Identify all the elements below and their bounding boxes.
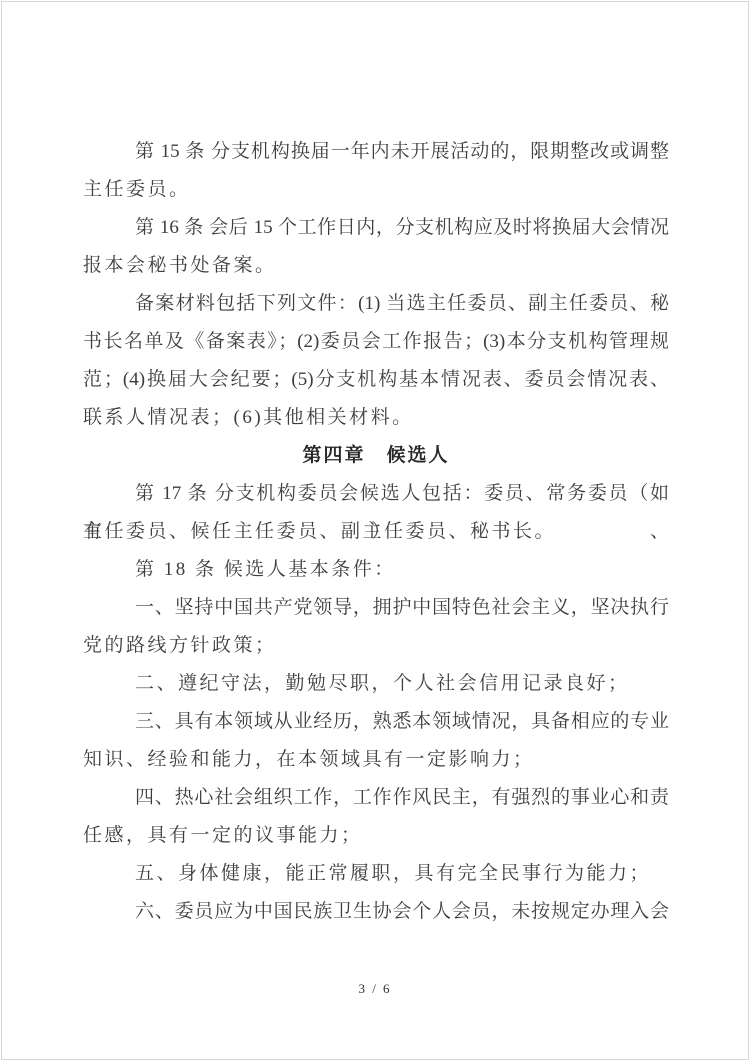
page-number: 3 / 6	[2, 981, 748, 997]
paragraph-line-article-18: 第 18 条 候选人基本条件：	[83, 551, 669, 589]
paragraph-line-filing-materials: 备案材料包括下列文件：(1) 当选主任委员、副主任委员、秘	[83, 285, 669, 323]
document-page: 第 15 条 分支机构换届一年内未开展活动的，限期整改或调整 主任委员。 第 1…	[1, 1, 749, 1060]
list-item-2-line: 二、遵纪守法，勤勉尽职，个人社会信用记录良好；	[83, 665, 669, 703]
list-item-6-line: 六、委员应为中国民族卫生协会个人会员，未按规定办理入会	[83, 893, 669, 931]
paragraph-line: 报本会秘书处备案。	[83, 247, 669, 285]
paragraph-line: 主任委员。	[83, 171, 669, 209]
paragraph-line: 范；(4)换届大会纪要；(5)分支机构基本情况表、委员会情况表、	[83, 361, 669, 399]
paragraph-line-article-15: 第 15 条 分支机构换届一年内未开展活动的，限期整改或调整	[83, 133, 669, 171]
document-body: 第 15 条 分支机构换届一年内未开展活动的，限期整改或调整 主任委员。 第 1…	[83, 133, 669, 931]
paragraph-line-article-17: 第 17 条 分支机构委员会候选人包括：委员、常务委员（如有）、	[83, 475, 669, 513]
paragraph-line-article-16: 第 16 条 会后 15 个工作日内，分支机构应及时将换届大会情况	[83, 209, 669, 247]
paragraph-line: 任感，具有一定的议事能力；	[83, 817, 669, 855]
list-item-1-line: 一、坚持中国共产党领导，拥护中国特色社会主义，坚决执行	[83, 589, 669, 627]
paragraph-line: 知识、经验和能力，在本领域具有一定影响力；	[83, 741, 669, 779]
list-item-5-line: 五、身体健康，能正常履职，具有完全民事行为能力；	[83, 855, 669, 893]
paragraph-line: 联系人情况表；(6)其他相关材料。	[83, 399, 669, 437]
paragraph-line: 书长名单及《备案表》；(2)委员会工作报告；(3)本分支机构管理规	[83, 323, 669, 361]
list-item-3-line: 三、具有本领域从业经历，熟悉本领域情况，具备相应的专业	[83, 703, 669, 741]
paragraph-line: 党的路线方针政策；	[83, 627, 669, 665]
list-item-4-line: 四、热心社会组织工作，工作作风民主，有强烈的事业心和责	[83, 779, 669, 817]
chapter-4-heading: 第四章 候选人	[83, 437, 669, 475]
